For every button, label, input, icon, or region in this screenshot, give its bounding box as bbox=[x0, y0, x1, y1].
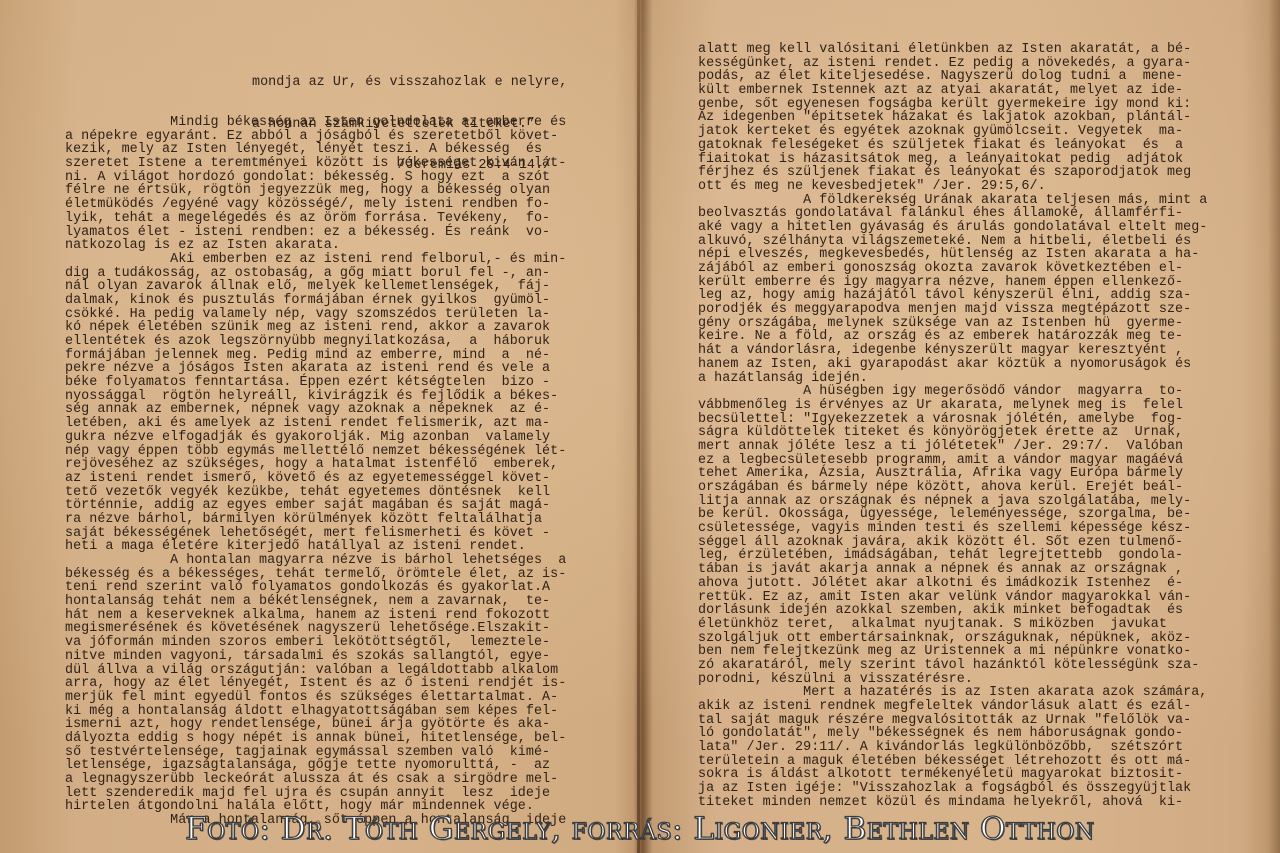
photo-credit-caption: Fotó: Dr. Tóth Gergely, forrás: Ligonier… bbox=[0, 811, 1280, 851]
text-line: kült embernek Istennek azt az atyai akar… bbox=[698, 84, 1207, 98]
text-line: aké vagy a hitetlen gyávaság és árulás g… bbox=[698, 221, 1207, 235]
left-page-body-text: Mindig békesség az Isten golndolata az e… bbox=[65, 116, 566, 828]
text-line: gény országába, melynek szüksége van az … bbox=[698, 317, 1207, 331]
text-line: az isteni rendet ismerő, követő és az eg… bbox=[65, 472, 566, 486]
right-page-body-text: alatt meg kell valósitani életünkben az … bbox=[698, 43, 1207, 810]
text-line: séggel áll azoknak javára, akik között é… bbox=[698, 536, 1207, 550]
text-line: félre ne értsük, rögtön jegyezzük meg, h… bbox=[65, 184, 566, 198]
text-line: zó akaratáról, mely szerint távol hazánk… bbox=[698, 659, 1207, 673]
text-line: nitve minden vagyoni, társadalmi és szok… bbox=[65, 650, 566, 664]
text-line: csületessége, vagyis minden testi és sze… bbox=[698, 522, 1207, 536]
text-line: Mert a hazatérés is az Isten akarata azo… bbox=[698, 686, 1207, 700]
text-line: arra, hogy az élet lényegét, Istent és a… bbox=[65, 677, 566, 691]
text-line: nyossággal rögtön helyreáll, kivirágzik … bbox=[65, 390, 566, 404]
text-line: porodjék és meggyarapodva menjen majd vi… bbox=[698, 303, 1207, 317]
text-line: tehet Amerika, Ázsia, Ausztrália, Afrika… bbox=[698, 467, 1207, 481]
text-line: ott és meg ne kevesbedjetek" /Jer. 29:5,… bbox=[698, 180, 1207, 194]
text-line: nép vagy éppen több egymás mellettélő ne… bbox=[65, 445, 566, 459]
text-line: szeretet Istene a teremtményei között is… bbox=[65, 157, 566, 171]
text-line: ség annak az embernek, népnek vagy azokn… bbox=[65, 403, 566, 417]
text-line: jatok kerteket és egyétek azoknak gyümöl… bbox=[698, 125, 1207, 139]
text-line: életünkhöz teret, alkalmat nyujtanak. S … bbox=[698, 618, 1207, 632]
text-line: ismerni azt, hogy rendetlensége, bünei á… bbox=[65, 718, 566, 732]
text-line: dalmak, kinok és pusztulás formájában ér… bbox=[65, 294, 566, 308]
text-line: kességünket, az isteni rendet. Ez pedig … bbox=[698, 57, 1207, 71]
left-page: mondja az Ur, és visszahozlak e nelyre, … bbox=[0, 0, 636, 853]
text-line: tető vezetők vegyék kezükbe, tehát egyet… bbox=[65, 486, 566, 500]
text-line: ső testvértelensége, tagjainak egymással… bbox=[65, 746, 566, 760]
text-line: ahova jutott. Jólétet akar alkotni és im… bbox=[698, 577, 1207, 591]
text-line: leg az, hogy amig hazájától távol kénysz… bbox=[698, 289, 1207, 303]
text-line: hát a vándorlásra, idegenbe kényszerült … bbox=[698, 344, 1207, 358]
text-line: podás, az élet kiteljesedése. Nagyszerü … bbox=[698, 70, 1207, 84]
text-line: vábbmenőleg is érvényes az Ur akarata, m… bbox=[698, 399, 1207, 413]
text-line: országában és bármely népe között, ahova… bbox=[698, 481, 1207, 495]
text-line: letében, aki és amelyek az isteni rendet… bbox=[65, 417, 566, 431]
text-line: A hontalan magyarra nézve is bárhol lehe… bbox=[65, 554, 566, 568]
epigraph-line: mondja az Ur, és visszahozlak e nelyre, bbox=[252, 76, 567, 90]
text-line: ja az Isten igéje: "Visszahozlak a fogsá… bbox=[698, 782, 1207, 796]
text-line: keire. Ne a föld, az ország és az embere… bbox=[698, 330, 1207, 344]
text-line: mert annak jóléte lesz a ti jólétetek" /… bbox=[698, 440, 1207, 454]
text-line: natkozolag is ez az Isten akarata. bbox=[65, 239, 566, 253]
text-line: lyik, tehát a megelégedés és az öröm for… bbox=[65, 212, 566, 226]
text-line: ló gondolatát", mely "békességnek és nem… bbox=[698, 727, 1207, 741]
text-line: genbe, sőt egyenesen fogságba került gye… bbox=[698, 98, 1207, 112]
text-line: merjük fel mint egyedül fontos és szüksé… bbox=[65, 691, 566, 705]
text-line: dül állva a világ országutján: valóban a… bbox=[65, 664, 566, 678]
text-line: becsülettel: "Igyekezzetek a városnak jó… bbox=[698, 413, 1207, 427]
text-line: hontalanság tehát nem a békétlenségnek, … bbox=[65, 595, 566, 609]
text-line: be kerül. Okossága, ügyessége, leleménye… bbox=[698, 508, 1207, 522]
text-line: tal saját maguk részére megvalósitották … bbox=[698, 714, 1207, 728]
text-line: területein a maguk életében békességet l… bbox=[698, 755, 1207, 769]
text-line: rettük. Ez az, amit Isten akar velünk vá… bbox=[698, 591, 1207, 605]
text-line: pekre nézve a jóságos Isten akarata az i… bbox=[65, 362, 566, 376]
text-line: békesség és a békességes, tehát termelő,… bbox=[65, 568, 566, 582]
text-line: A földkerekség Urának akarata teljesen m… bbox=[698, 194, 1207, 208]
text-line: kó népek életében szünik meg az isteni r… bbox=[65, 321, 566, 335]
text-line: letlensége, igazságtalansága, gőgje tett… bbox=[65, 759, 566, 773]
text-line: alkuvó, szélhányta világszemeteké. Nem a… bbox=[698, 235, 1207, 249]
text-line: férjhez és szüljenek fiakat és leányokat… bbox=[698, 166, 1207, 180]
text-line: zájából az emberi gonoszság okozta zavar… bbox=[698, 262, 1207, 276]
text-line: a hazátlanság idején. bbox=[698, 372, 1207, 386]
text-line: ben nem felejtkezünk meg az Uristennek a… bbox=[698, 645, 1207, 659]
text-line: lyamatos élet - isteni rendben: ez a bék… bbox=[65, 226, 566, 240]
text-line: dorlásunk idején azokkal szemben, akik m… bbox=[698, 604, 1207, 618]
text-line: béke folyamatos fenntartása. Éppen ezért… bbox=[65, 376, 566, 390]
text-line: lett szenderedik majd fel ujra és csupán… bbox=[65, 787, 566, 801]
text-line: kezik, mely az Isten lényegét, lényét te… bbox=[65, 143, 566, 157]
text-line: tában is javát akarja annak a népnek és … bbox=[698, 563, 1207, 577]
text-line: ki még a hontalanság áldott elhagyatotts… bbox=[65, 705, 566, 719]
text-line: népi elveszés, megkevesbedés, hütlenség … bbox=[698, 248, 1207, 262]
text-line: saját békességének lehetőségét, mert fel… bbox=[65, 527, 566, 541]
text-line: sokra is áldást alkotott termékenyéletü … bbox=[698, 768, 1207, 782]
text-line: ra nézve bárhol, bármilyen körülmények k… bbox=[65, 513, 566, 527]
text-line: megismerésének és követésének nagyszerü … bbox=[65, 622, 566, 636]
text-line: teni rend szerint való folyamatos gondol… bbox=[65, 581, 566, 595]
text-line: formájában jelennek meg. Pedig mind az e… bbox=[65, 349, 566, 363]
text-line: ellentétek és azok legszörnyübb megnyila… bbox=[65, 335, 566, 349]
text-line: akik az isteni rendnek megfeleltek vándo… bbox=[698, 700, 1207, 714]
text-line: ságra küldöttelek titeket és könyörögjet… bbox=[698, 426, 1207, 440]
text-line: titeket minden nemzet közül és mindama h… bbox=[698, 796, 1207, 810]
text-line: va jóformán minden szoros emberi lekötöt… bbox=[65, 636, 566, 650]
text-line: heti a maga életére kiterjedő hatállyal … bbox=[65, 540, 566, 554]
text-line: dályozta eddig s hogy népét is annak bün… bbox=[65, 732, 566, 746]
text-line: ni. A világot hordozó gondolat: békesség… bbox=[65, 171, 566, 185]
text-line: A hüségben igy megerősödő vándor magyarr… bbox=[698, 385, 1207, 399]
text-line: a népekre egyaránt. Ez abból a jóságból … bbox=[65, 130, 566, 144]
text-line: gatoknak feleségeket és szüljetek fiakat… bbox=[698, 139, 1207, 153]
text-line: dig a tudákosság, az ostobaság, a gőg mi… bbox=[65, 267, 566, 281]
text-line: Aki emberben ez az isteni rend felborul,… bbox=[65, 253, 566, 267]
text-line: nál olyan zavarok állnak elő, melyek kel… bbox=[65, 280, 566, 294]
text-line: csökké. Ha pedig valamely nép, vagy szom… bbox=[65, 308, 566, 322]
text-line: fiaitokat is házasitsátok meg, a leányai… bbox=[698, 153, 1207, 167]
text-line: Az idegenben "épitsetek házakat és lakja… bbox=[698, 111, 1207, 125]
text-line: beolvasztás gondolatával falánkul éhes á… bbox=[698, 207, 1207, 221]
text-line: leg, érzületében, imádságában, tehát leg… bbox=[698, 549, 1207, 563]
text-line: szolgáljuk ott embertársainknak, országu… bbox=[698, 632, 1207, 646]
text-line: hanem az Isten, aki gyarapodást akar köz… bbox=[698, 358, 1207, 372]
text-line: került emberre és igy magyarra nézve, ha… bbox=[698, 276, 1207, 290]
text-line: történnie, addig az egyes ember saját ma… bbox=[65, 499, 566, 513]
text-line: litja annak az országnak és népnek a jav… bbox=[698, 495, 1207, 509]
text-line: porodni, készülni a visszatérésre. bbox=[698, 673, 1207, 687]
text-line: gukra nézve elfogadják és gyakorolják. M… bbox=[65, 431, 566, 445]
text-line: lata" /Jer. 29:11/. A kivándorlás legkül… bbox=[698, 741, 1207, 755]
text-line: életmüködés /egyéné vagy közösségé/, mel… bbox=[65, 198, 566, 212]
text-line: rejöveséhez az szükséges, hogy a hatalma… bbox=[65, 458, 566, 472]
text-line: alatt meg kell valósitani életünkben az … bbox=[698, 43, 1207, 57]
text-line: Mindig békesség az Isten golndolata az e… bbox=[65, 116, 566, 130]
right-page: alatt meg kell valósitani életünkben az … bbox=[640, 0, 1280, 853]
text-line: hát nem a keserveknek alkalma, hanem az … bbox=[65, 609, 566, 623]
text-line: a legnagyszerübb leckeórát alussza át és… bbox=[65, 773, 566, 787]
